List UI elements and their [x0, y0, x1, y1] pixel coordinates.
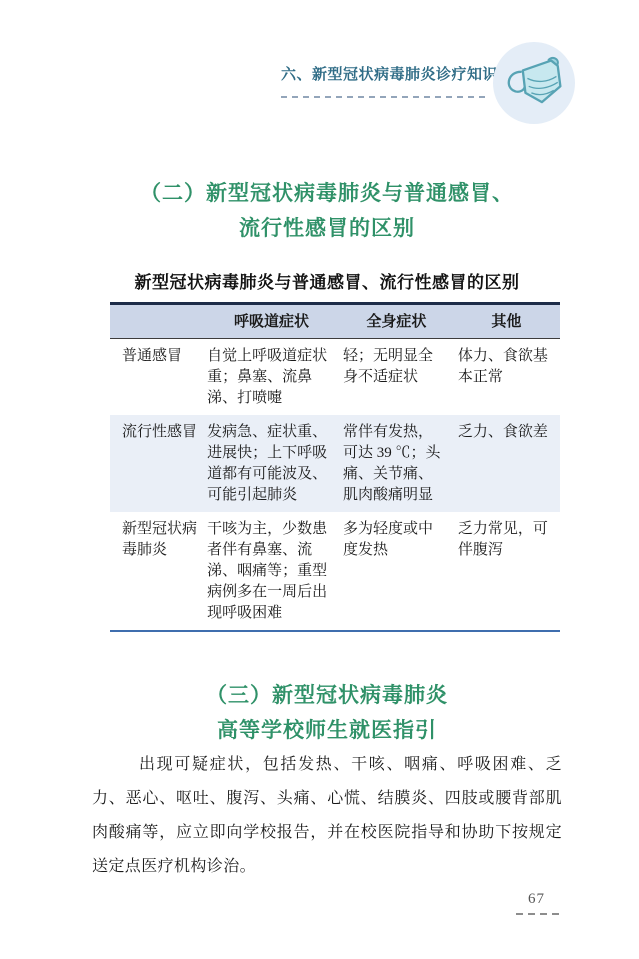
column-header-other: 其他: [453, 304, 560, 339]
chapter-header-title: 六、新型冠状病毒肺炎诊疗知识: [281, 63, 498, 84]
cell-respiratory: 自觉上呼吸道症状重；鼻塞、流鼻涕、打喷嚏: [203, 339, 340, 416]
document-page: 六、新型冠状病毒肺炎诊疗知识 （二）新型冠状病毒肺炎与普通感冒、 流行性感冒的区…: [0, 0, 639, 959]
table-row-covid19: 新型冠状病毒肺炎 干咳为主，少数患者伴有鼻塞、流涕、咽痛等；重型病例多在一周后出…: [110, 512, 560, 631]
cell-respiratory: 发病急、症状重、进展快；上下呼吸道都有可能波及、可能引起肺炎: [203, 415, 340, 512]
cell-other: 乏力、食欲差: [453, 415, 560, 512]
face-mask-icon-graphic: [501, 52, 567, 114]
section-3-title: （三）新型冠状病毒肺炎 高等学校师生就医指引: [92, 678, 562, 748]
face-mask-icon: [493, 42, 575, 124]
section-2-title: （二）新型冠状病毒肺炎与普通感冒、 流行性感冒的区别: [92, 176, 562, 246]
cell-other: 体力、食欲基本正常: [453, 339, 560, 416]
table-row-influenza: 流行性感冒 发病急、症状重、进展快；上下呼吸道都有可能波及、可能引起肺炎 常伴有…: [110, 415, 560, 512]
cell-systemic: 轻；无明显全身不适症状: [340, 339, 453, 416]
table-row-common-cold: 普通感冒 自觉上呼吸道症状重；鼻塞、流鼻涕、打喷嚏 轻；无明显全身不适症状 体力…: [110, 339, 560, 416]
column-header-respiratory: 呼吸道症状: [203, 304, 340, 339]
row-label: 新型冠状病毒肺炎: [110, 512, 203, 631]
section-3-title-line1: （三）新型冠状病毒肺炎: [206, 683, 448, 707]
cell-systemic: 多为轻度或中度发热: [340, 512, 453, 631]
header-dashed-underline: [281, 96, 487, 98]
table-title: 新型冠状病毒肺炎与普通感冒、流行性感冒的区别: [92, 268, 562, 293]
table-corner-cell: [110, 304, 203, 339]
page-number: 67: [528, 891, 545, 908]
body-paragraph: 出现可疑症状，包括发热、干咳、咽痛、呼吸困难、乏力、恶心、呕吐、腹泻、头痛、心慌…: [92, 748, 562, 884]
comparison-table: 呼吸道症状 全身症状 其他 普通感冒 自觉上呼吸道症状重；鼻塞、流鼻涕、打喷嚏 …: [110, 302, 560, 632]
page-number-dashed-underline: [516, 913, 563, 915]
column-header-systemic: 全身症状: [340, 304, 453, 339]
row-label: 流行性感冒: [110, 415, 203, 512]
cell-other: 乏力常见，可伴腹泻: [453, 512, 560, 631]
section-2-title-line1: （二）新型冠状病毒肺炎与普通感冒、: [140, 181, 514, 205]
section-3-title-line2: 高等学校师生就医指引: [217, 718, 437, 742]
row-label: 普通感冒: [110, 339, 203, 416]
section-2-title-line2: 流行性感冒的区别: [239, 216, 415, 240]
cell-respiratory: 干咳为主，少数患者伴有鼻塞、流涕、咽痛等；重型病例多在一周后出现呼吸困难: [203, 512, 340, 631]
cell-systemic: 常伴有发热，可达 39 ℃；头痛、关节痛、肌肉酸痛明显: [340, 415, 453, 512]
table-header-row: 呼吸道症状 全身症状 其他: [110, 304, 560, 339]
